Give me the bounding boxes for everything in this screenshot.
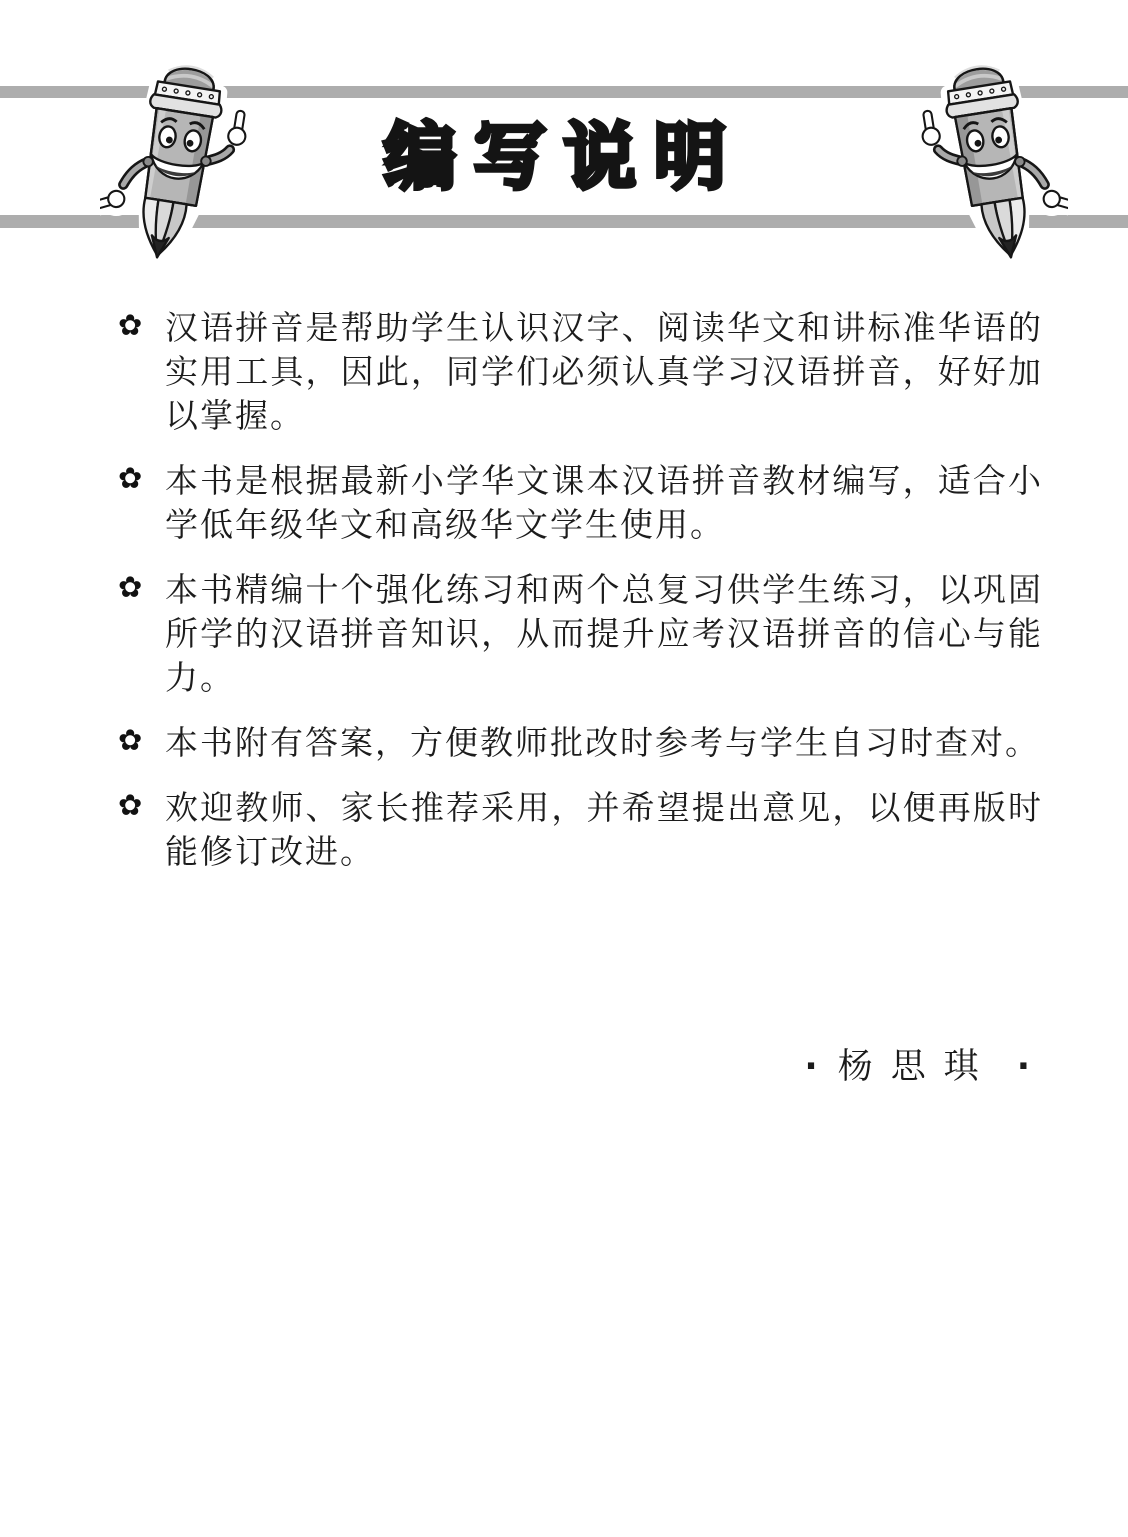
signature-left-dot: ·	[804, 1047, 817, 1087]
note-text: 本书是根据最新小学华文课本汉语拼音教材编写，适合小学低年级华文和高级华文学生使用…	[165, 461, 1043, 544]
notes-list: ✿ 汉语拼音是帮助学生认识汉字、阅读华文和讲标准华语的实用工具，因此，同学们必须…	[118, 306, 1043, 874]
flower-bullet-icon: ✿	[118, 573, 144, 602]
flower-bullet-icon: ✿	[118, 311, 144, 340]
header-banner: 编写说明	[0, 0, 1128, 292]
page-title: 编写说明	[384, 121, 744, 193]
note-item: ✿ 欢迎教师、家长推荐采用，并希望提出意见，以便再版时能修订改进。	[118, 786, 1043, 874]
notes-section: ✿ 汉语拼音是帮助学生认识汉字、阅读华文和讲标准华语的实用工具，因此，同学们必须…	[0, 306, 1128, 874]
flower-bullet-icon: ✿	[118, 726, 144, 755]
author-signature: ·杨思琪·	[0, 1039, 1128, 1089]
note-item: ✿ 本书精编十个强化练习和两个总复习供学生练习，以巩固所学的汉语拼音知识，从而提…	[118, 568, 1043, 700]
note-item: ✿ 本书是根据最新小学华文课本汉语拼音教材编写，适合小学低年级华文和高级华文学生…	[118, 459, 1043, 547]
signature-right-dot: ·	[1017, 1047, 1030, 1087]
flower-bullet-icon: ✿	[118, 791, 144, 820]
flower-bullet-icon: ✿	[118, 464, 144, 493]
note-text: 汉语拼音是帮助学生认识汉字、阅读华文和讲标准华语的实用工具，因此，同学们必须认真…	[165, 308, 1043, 435]
note-text: 欢迎教师、家长推荐采用，并希望提出意见，以便再版时能修订改进。	[165, 788, 1043, 871]
note-item: ✿ 本书附有答案，方便教师批改时参考与学生自习时查对。	[118, 721, 1043, 765]
pencil-mascot-icon	[100, 52, 252, 284]
note-text: 本书精编十个强化练习和两个总复习供学生练习，以巩固所学的汉语拼音知识，从而提升应…	[165, 570, 1043, 697]
note-item: ✿ 汉语拼音是帮助学生认识汉字、阅读华文和讲标准华语的实用工具，因此，同学们必须…	[118, 306, 1043, 438]
pencil-mascot-icon	[916, 52, 1068, 284]
note-text: 本书附有答案，方便教师批改时参考与学生自习时查对。	[165, 723, 1040, 762]
author-name: 杨思琪	[838, 1047, 997, 1087]
